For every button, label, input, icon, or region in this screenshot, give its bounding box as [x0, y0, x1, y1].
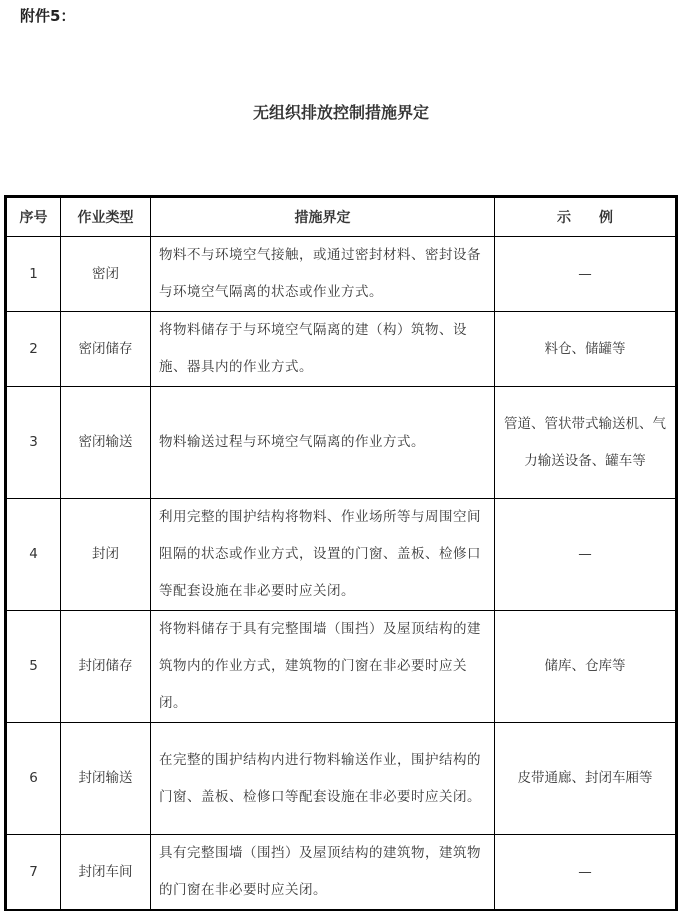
measures-table: 序号 作业类型 措施界定 示 例 1密闭物料不与环境空气接触，或通过密封材料、密…: [4, 195, 678, 911]
row-example: —: [495, 499, 677, 611]
row-type: 密闭储存: [61, 312, 151, 387]
table-row: 1密闭物料不与环境空气接触，或通过密封材料、密封设备与环境空气隔离的状态或作业方…: [6, 237, 677, 312]
table-row: 4封闭利用完整的围护结构将物料、作业场所等与周围空间阻隔的状态或作业方式，设置的…: [6, 499, 677, 611]
row-type: 密闭输送: [61, 387, 151, 499]
row-example: 料仓、储罐等: [495, 312, 677, 387]
row-number: 2: [6, 312, 61, 387]
header-type: 作业类型: [61, 197, 151, 237]
row-number: 5: [6, 611, 61, 723]
row-number: 6: [6, 723, 61, 835]
row-type: 密闭: [61, 237, 151, 312]
attachment-label: 附件5：: [20, 5, 75, 26]
header-no: 序号: [6, 197, 61, 237]
table-row: 5封闭储存将物料储存于具有完整围墙（围挡）及屋顶结构的建筑物内的作业方式，建筑物…: [6, 611, 677, 723]
row-example: —: [495, 237, 677, 312]
table-header-row: 序号 作业类型 措施界定 示 例: [6, 197, 677, 237]
table-row: 7封闭车间具有完整围墙（围挡）及屋顶结构的建筑物，建筑物的门窗在非必要时应关闭。…: [6, 835, 677, 911]
row-number: 1: [6, 237, 61, 312]
row-definition: 具有完整围墙（围挡）及屋顶结构的建筑物，建筑物的门窗在非必要时应关闭。: [151, 835, 495, 911]
row-example: 储库、仓库等: [495, 611, 677, 723]
row-definition: 将物料储存于具有完整围墙（围挡）及屋顶结构的建筑物内的作业方式，建筑物的门窗在非…: [151, 611, 495, 723]
row-example: 皮带通廊、封闭车厢等: [495, 723, 677, 835]
row-example: 管道、管状带式输送机、气力输送设备、罐车等: [495, 387, 677, 499]
row-example: —: [495, 835, 677, 911]
table-row: 2密闭储存将物料储存于与环境空气隔离的建（构）筑物、设施、器具内的作业方式。料仓…: [6, 312, 677, 387]
header-example: 示 例: [495, 197, 677, 237]
table-row: 3密闭输送物料输送过程与环境空气隔离的作业方式。管道、管状带式输送机、气力输送设…: [6, 387, 677, 499]
row-definition: 在完整的围护结构内进行物料输送作业，围护结构的门窗、盖板、检修口等配套设施在非必…: [151, 723, 495, 835]
row-type: 封闭: [61, 499, 151, 611]
table-row: 6封闭输送在完整的围护结构内进行物料输送作业，围护结构的门窗、盖板、检修口等配套…: [6, 723, 677, 835]
row-number: 7: [6, 835, 61, 911]
row-type: 封闭车间: [61, 835, 151, 911]
row-definition: 将物料储存于与环境空气隔离的建（构）筑物、设施、器具内的作业方式。: [151, 312, 495, 387]
row-definition: 物料输送过程与环境空气隔离的作业方式。: [151, 387, 495, 499]
row-type: 封闭储存: [61, 611, 151, 723]
row-number: 4: [6, 499, 61, 611]
row-definition: 物料不与环境空气接触，或通过密封材料、密封设备与环境空气隔离的状态或作业方式。: [151, 237, 495, 312]
document-title: 无组织排放控制措施界定: [0, 100, 682, 123]
row-number: 3: [6, 387, 61, 499]
row-type: 封闭输送: [61, 723, 151, 835]
row-definition: 利用完整的围护结构将物料、作业场所等与周围空间阻隔的状态或作业方式，设置的门窗、…: [151, 499, 495, 611]
header-definition: 措施界定: [151, 197, 495, 237]
